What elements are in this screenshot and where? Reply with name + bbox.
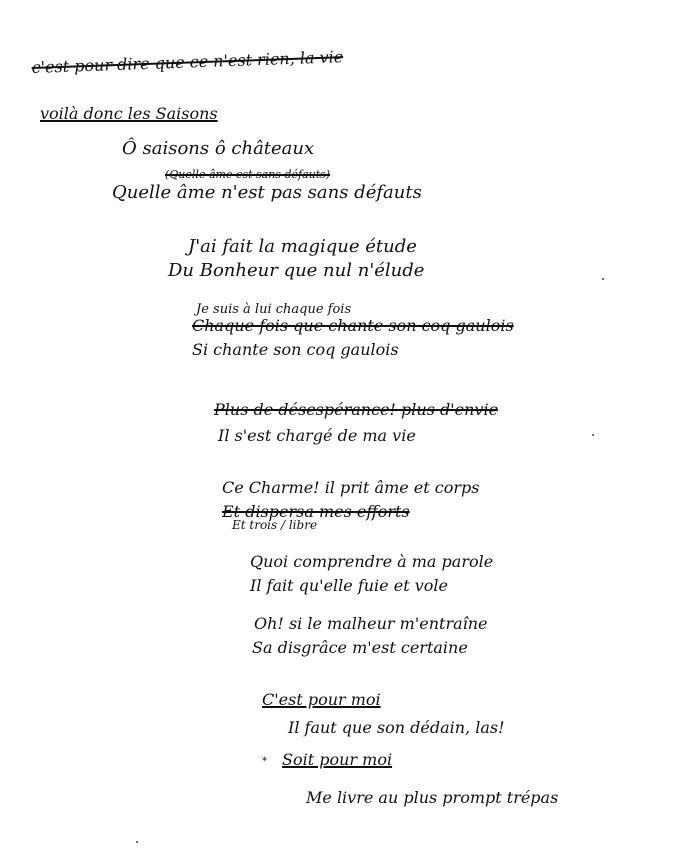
line-il-fait: Il fait qu'elle fuie et vole	[250, 578, 448, 594]
line-quoi-comprendre: Quoi comprendre à ma parole	[250, 554, 493, 570]
asterisk-mark: *	[262, 756, 267, 767]
line-du-bonheur: Du Bonheur que nul n'élude	[168, 262, 424, 280]
line-si-chante: Si chante son coq gaulois	[192, 342, 399, 358]
line-cest-pour-moi: C'est pour moi	[262, 692, 381, 708]
line-insertion-above-quelle: (Quelle âme est sans défauts)	[165, 168, 330, 181]
line-il-faut-que: Il faut que son dédain, las!	[288, 720, 505, 736]
manuscript-page: c'est pour dire que ce n'est rien, la vi…	[0, 0, 684, 864]
line-voila-saisons: voilà donc les Saisons	[40, 106, 218, 122]
speck	[592, 434, 594, 436]
line-sa-disgrace: Sa disgrâce m'est certaine	[252, 640, 468, 656]
line-ce-charme: Ce Charme! il prit âme et corps	[222, 480, 479, 496]
line-quelle-ame: Quelle âme n'est pas sans défauts	[112, 184, 422, 202]
speck	[136, 841, 138, 843]
line-soit-pour-moi: Soit pour moi	[282, 752, 392, 768]
line-oh-si-le-malheur: Oh! si le malheur m'entraîne	[254, 616, 488, 632]
line-plus-de-desesperance: Plus de désespérance! plus d'envie	[214, 402, 498, 418]
struck-fragment: Plus de désespérance! plus d'envie	[214, 400, 498, 419]
line-jai-fait: J'ai fait la magique étude	[188, 238, 417, 256]
line-chaque-fois-struck: Chaque fois que chante son coq gaulois	[192, 318, 514, 334]
speck	[602, 278, 604, 280]
line-insertion-je-suis: Je suis à lui chaque fois	[196, 302, 351, 317]
line-struck-intro: c'est pour dire que ce n'est rien, la vi…	[31, 49, 343, 76]
line-il-sest-charge: Il s'est chargé de ma vie	[218, 428, 416, 444]
line-me-livre: Me livre au plus prompt trépas	[306, 790, 558, 806]
line-trois-libre: Et trois / libre	[232, 518, 317, 532]
line-o-saisons: Ô saisons ô châteaux	[122, 140, 314, 158]
